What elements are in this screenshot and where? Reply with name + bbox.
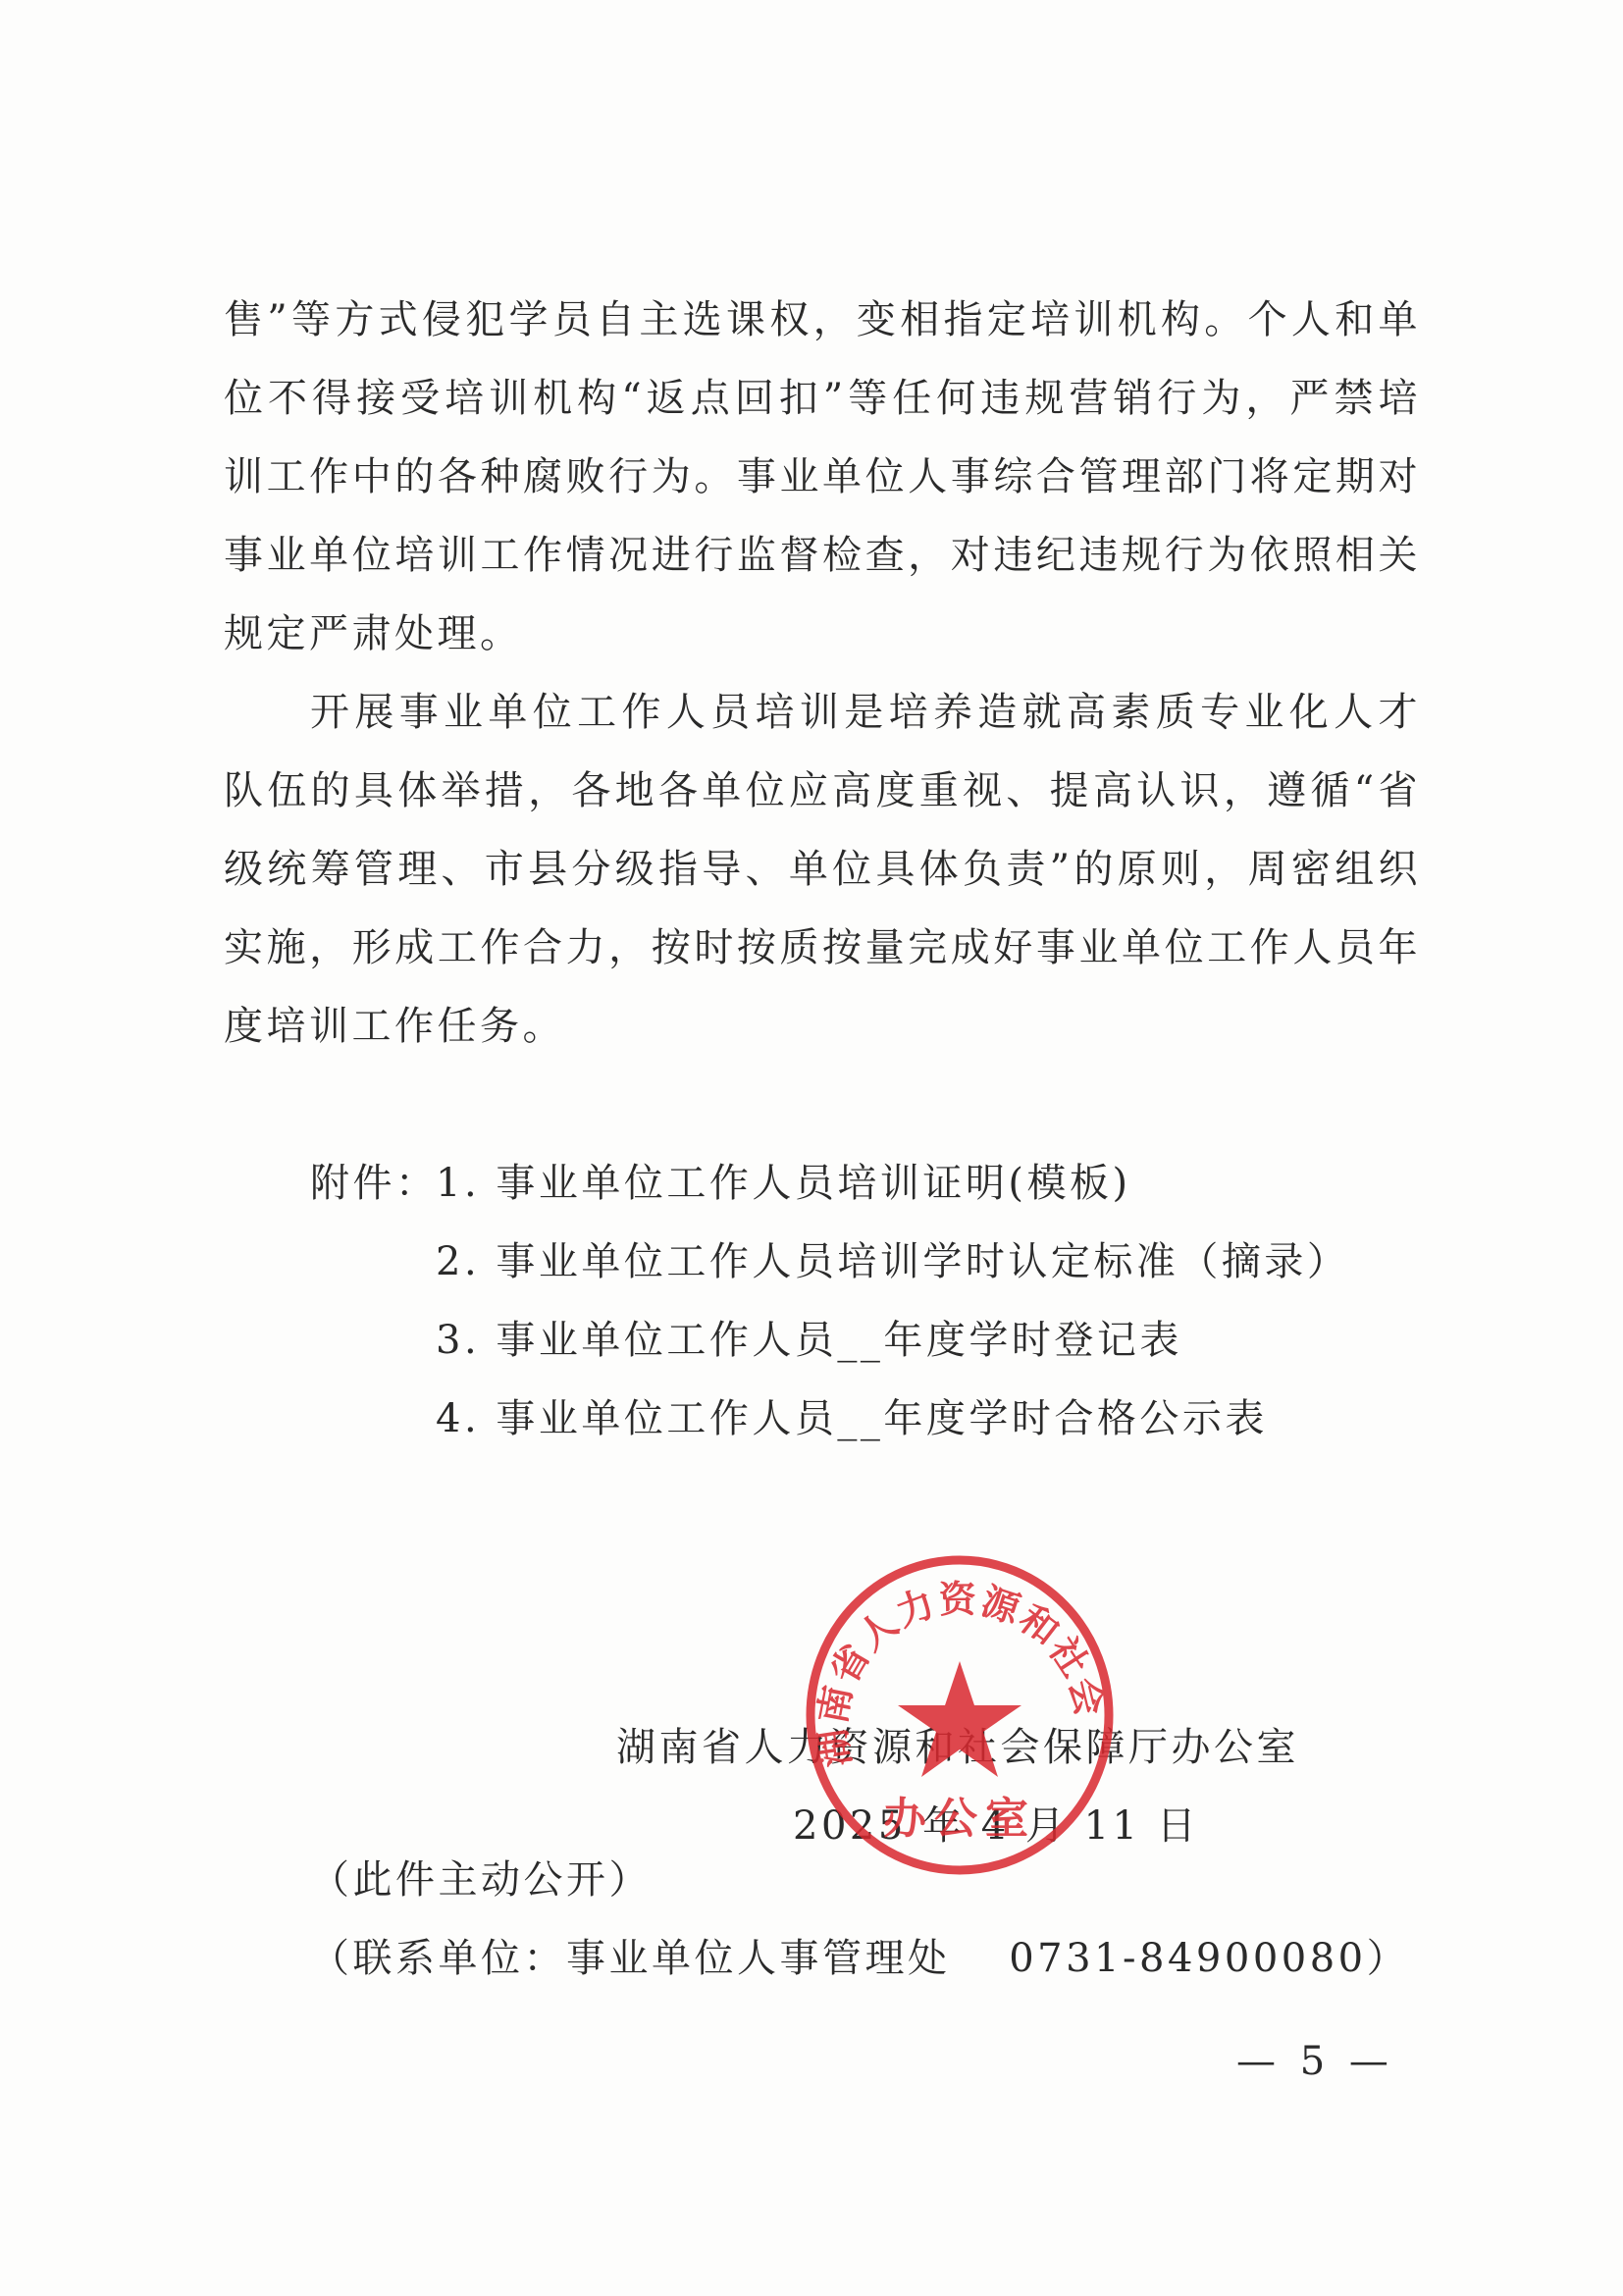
- attachment-item: 2. 事业单位工作人员培训学时认定标准（摘录）: [436, 1236, 1349, 1287]
- paragraph-2-line: 级统筹管理、市县分级指导、单位具体负责”的原则，周密组织: [224, 844, 1421, 895]
- paragraph-2-line: 开展事业单位工作人员培训是培养造就高素质专业化人才: [310, 687, 1421, 738]
- paragraph-2-line: 队伍的具体举措，各地各单位应高度重视、提高认识，遵循“省: [224, 765, 1421, 816]
- paragraph-1-line: 位不得接受培训机构“返点回扣”等任何违规营销行为，严禁培: [224, 373, 1421, 424]
- paragraph-1-line: 训工作中的各种腐败行为。事业单位人事综合管理部门将定期对: [224, 451, 1421, 502]
- attachments-label: 附件：: [310, 1158, 439, 1209]
- attachment-item: 3. 事业单位工作人员__年度学时登记表: [436, 1315, 1182, 1366]
- paragraph-2-line: 度培训工作任务。: [224, 1001, 565, 1052]
- seal-bottom-text: 办公室: [883, 1794, 1036, 1844]
- paragraph-1-line: 售”等方式侵犯学员自主选课权，变相指定培训机构。个人和单: [224, 294, 1421, 345]
- paragraph-1-line: 规定严肃处理。: [224, 608, 523, 659]
- paragraph-2-line: 实施，形成工作合力，按时按质按量完成好事业单位工作人员年: [224, 922, 1421, 973]
- page-number: — 5 —: [1236, 2036, 1394, 2087]
- official-seal-icon: 湖南省人力资源和社会保障厅 办公室: [798, 1553, 1122, 1877]
- attachment-item: 4. 事业单位工作人员__年度学时合格公示表: [436, 1393, 1268, 1444]
- disclosure-note: （此件主动公开）: [310, 1854, 652, 1905]
- paragraph-1-line: 事业单位培训工作情况进行监督检查，对违纪违规行为依照相关: [224, 530, 1421, 581]
- attachment-item: 1. 事业单位工作人员培训证明(模板): [436, 1158, 1131, 1209]
- contact-note: （联系单位：事业单位人事管理处 0731-84900080）: [310, 1933, 1409, 1984]
